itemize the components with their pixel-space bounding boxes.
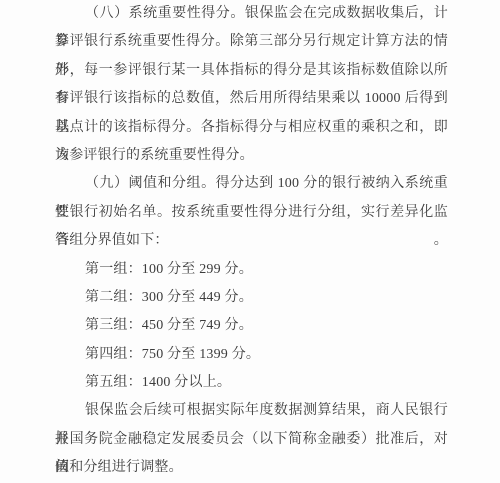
- text-line: 外，每一参评银行某一具体指标的得分是其该指标数值除以所有: [55, 57, 448, 85]
- text-line: 参评银行该指标的总数值，然后用所得结果乘以 10000 后得到以: [55, 85, 448, 113]
- text-line: （九）阈值和分组。得分达到 100 分的银行被纳入系统重要: [55, 170, 448, 198]
- group-list-item: 第三组：450 分至 749 分。: [55, 312, 448, 340]
- text-line: 基点计的该指标得分。各指标得分与相应权重的乘积之和，即为: [55, 114, 448, 142]
- text-line: 该参评银行的系统重要性得分。: [55, 142, 448, 170]
- group-list-item: 第五组：1400 分以上。: [55, 369, 448, 397]
- text-line: 参评银行系统重要性得分。除第三部分另行规定计算方法的情形: [55, 28, 448, 56]
- text-line: 报国务院金融稳定发展委员会（以下简称金融委）批准后，对阈: [55, 426, 448, 454]
- group-list-item: 第四组：750 分至 1399 分。: [55, 341, 448, 369]
- text-line: （八）系统重要性得分。银保监会在完成数据收集后，计算: [55, 0, 448, 28]
- text-line: 性银行初始名单。按系统重要性得分进行分组，实行差异化监管。: [55, 199, 448, 227]
- document-page: （八）系统重要性得分。银保监会在完成数据收集后，计算 参评银行系统重要性得分。除…: [0, 0, 500, 483]
- group-list-item: 第二组：300 分至 449 分。: [55, 284, 448, 312]
- group-list-item: 第一组：100 分至 299 分。: [55, 256, 448, 284]
- text-line: 值和分组进行调整。: [55, 454, 448, 482]
- text-line: 银保监会后续可根据实际年度数据测算结果，商人民银行并: [55, 397, 448, 425]
